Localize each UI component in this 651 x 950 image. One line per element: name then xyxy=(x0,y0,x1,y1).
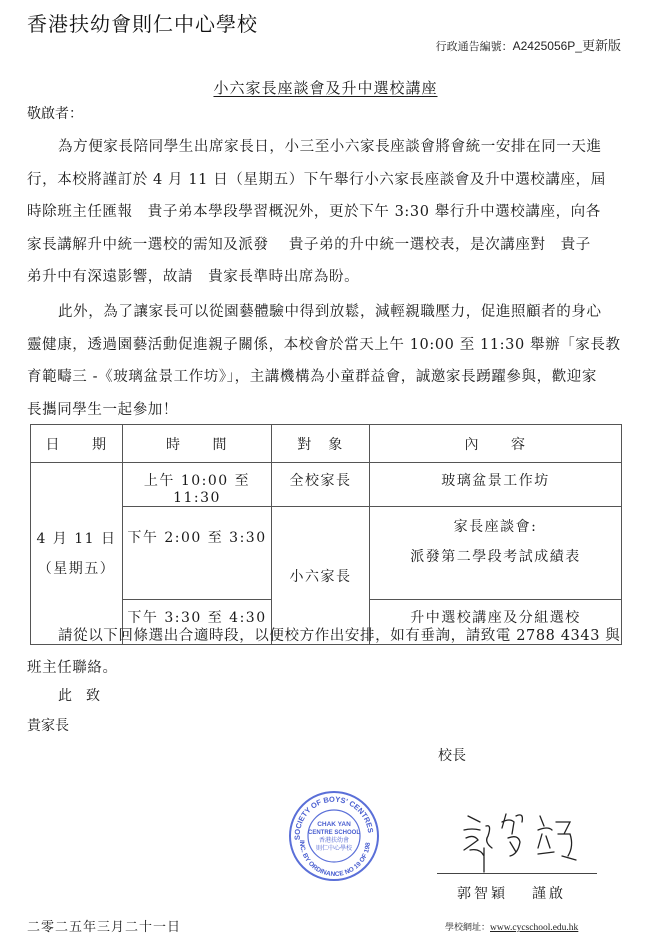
paragraph-line: 家長講解升中統一選校的需知及派發 貴子弟的升中統一選校表，是次講座對 貴子 xyxy=(27,229,623,262)
paragraph-line: 靈健康，透過園藝活動促進親子關係，本校會於當天上午 10:00 至 11:30 … xyxy=(27,329,623,362)
closing-paragraph-cont: 班主任聯絡。 xyxy=(27,652,623,685)
notice-suffix: 更新版 xyxy=(582,39,621,54)
closing-paragraph: 請從以下回條選出合適時段，以便校方作出安排，如有垂詢，請致電 2788 4343… xyxy=(27,620,623,653)
school-seal-icon: SOCIETY OF BOYS' CENTRES INC. BY ORDINAN… xyxy=(288,790,380,882)
header-time: 時 間 xyxy=(123,425,272,463)
header-content: 內 容 xyxy=(370,425,622,463)
event-weekday: （星期五） xyxy=(31,554,122,584)
signer-name: 郭智穎 xyxy=(457,886,508,902)
time-cell: 上午 10:00 至 11:30 xyxy=(123,463,272,507)
salutation: 敬啟者： xyxy=(27,103,83,123)
website-link[interactable]: www.cycschool.edu.hk xyxy=(490,923,578,933)
recipient: 貴家長 xyxy=(27,715,69,735)
table-header-row: 日 期 時 間 對 象 內 容 xyxy=(31,425,622,463)
notice-number: 行政通告編號：A2425056P_更新版 xyxy=(436,35,621,54)
school-website: 學校網址：www.cycschool.edu.hk xyxy=(445,920,578,933)
svg-text:CENTRE SCHOOL: CENTRE SCHOOL xyxy=(308,830,360,836)
signer-closing: 謹啟 xyxy=(532,886,566,902)
paragraph-line: 請從以下回條選出合適時段，以便校方作出安排，如有垂詢，請致電 2788 4343… xyxy=(27,620,623,653)
header-audience: 對 象 xyxy=(272,425,370,463)
paragraph-line: 弟升中有深遠影響，故請 貴家長準時出席為盼。 xyxy=(27,261,623,294)
date-cell: 4 月 11 日 （星期五） xyxy=(31,463,123,645)
signature-icon xyxy=(458,808,588,874)
content-cell: 玻璃盆景工作坊 xyxy=(370,463,622,507)
signer: 郭智穎謹啟 xyxy=(457,883,566,903)
notice-code: A2425056P_ xyxy=(513,39,582,53)
paragraph-line: 時除班主任匯報 貴子弟本學段學習概況外，更於下午 3:30 舉行升中選校講座，向… xyxy=(27,196,623,229)
paragraph-line: 此外，為了讓家長可以從園藝體驗中得到放鬆，減輕親職壓力，促進照顧者的身心 xyxy=(27,296,623,329)
content-line: 派發第二學段考試成績表 xyxy=(370,542,621,572)
header-date: 日 期 xyxy=(31,425,123,463)
paragraph-line: 為方便家長陪同學生出席家長日，小三至小六家長座談會將會統一安排在同一天進 xyxy=(27,131,623,164)
paragraph-line: 長攜同學生一起參加！ xyxy=(27,394,623,427)
svg-text:香港扶幼會: 香港扶幼會 xyxy=(319,836,349,844)
table-row: 4 月 11 日 （星期五） 上午 10:00 至 11:30 全校家長 玻璃盆… xyxy=(31,463,622,507)
notice-label: 行政通告編號： xyxy=(436,40,513,53)
time-cell: 下午 2:00 至 3:30 xyxy=(123,507,272,600)
website-label: 學校網址： xyxy=(445,923,490,933)
document-title: 小六家長座談會及升中選校講座 xyxy=(0,77,651,98)
principal-title: 校長 xyxy=(438,745,466,765)
paragraph-line: 育範疇三 -《玻璃盆景工作坊》」，主講機構為小童群益會，誠邀家長踴躍參與，歡迎家 xyxy=(27,361,623,394)
closing-cizhi: 此致 xyxy=(58,685,114,705)
audience-cell: 全校家長 xyxy=(272,463,370,507)
issue-date: 二零二五年三月二十一日 xyxy=(27,916,181,935)
paragraph-line: 行，本校將謹訂於 4 月 11 日（星期五）下午舉行小六家長座談會及升中選校講座… xyxy=(27,164,623,197)
document-title-text: 小六家長座談會及升中選校講座 xyxy=(213,79,437,97)
content-cell: 家長座談會: 派發第二學段考試成績表 xyxy=(370,507,622,600)
paragraph-2: 此外，為了讓家長可以從園藝體驗中得到放鬆，減輕親職壓力，促進照顧者的身心 靈健康… xyxy=(27,296,623,426)
svg-text:則仁中心學校: 則仁中心學校 xyxy=(316,844,353,852)
paragraph-1: 為方便家長陪同學生出席家長日，小三至小六家長座談會將會統一安排在同一天進 行，本… xyxy=(27,131,623,294)
signature-line xyxy=(437,873,597,874)
school-name: 香港扶幼會則仁中心學校 xyxy=(27,8,258,37)
content-line: 家長座談會: xyxy=(370,512,621,542)
svg-text:CHAK YAN: CHAK YAN xyxy=(317,821,351,828)
schedule-table: 日 期 時 間 對 象 內 容 4 月 11 日 （星期五） 上午 10:00 … xyxy=(30,424,622,645)
event-date: 4 月 11 日 xyxy=(31,524,122,554)
